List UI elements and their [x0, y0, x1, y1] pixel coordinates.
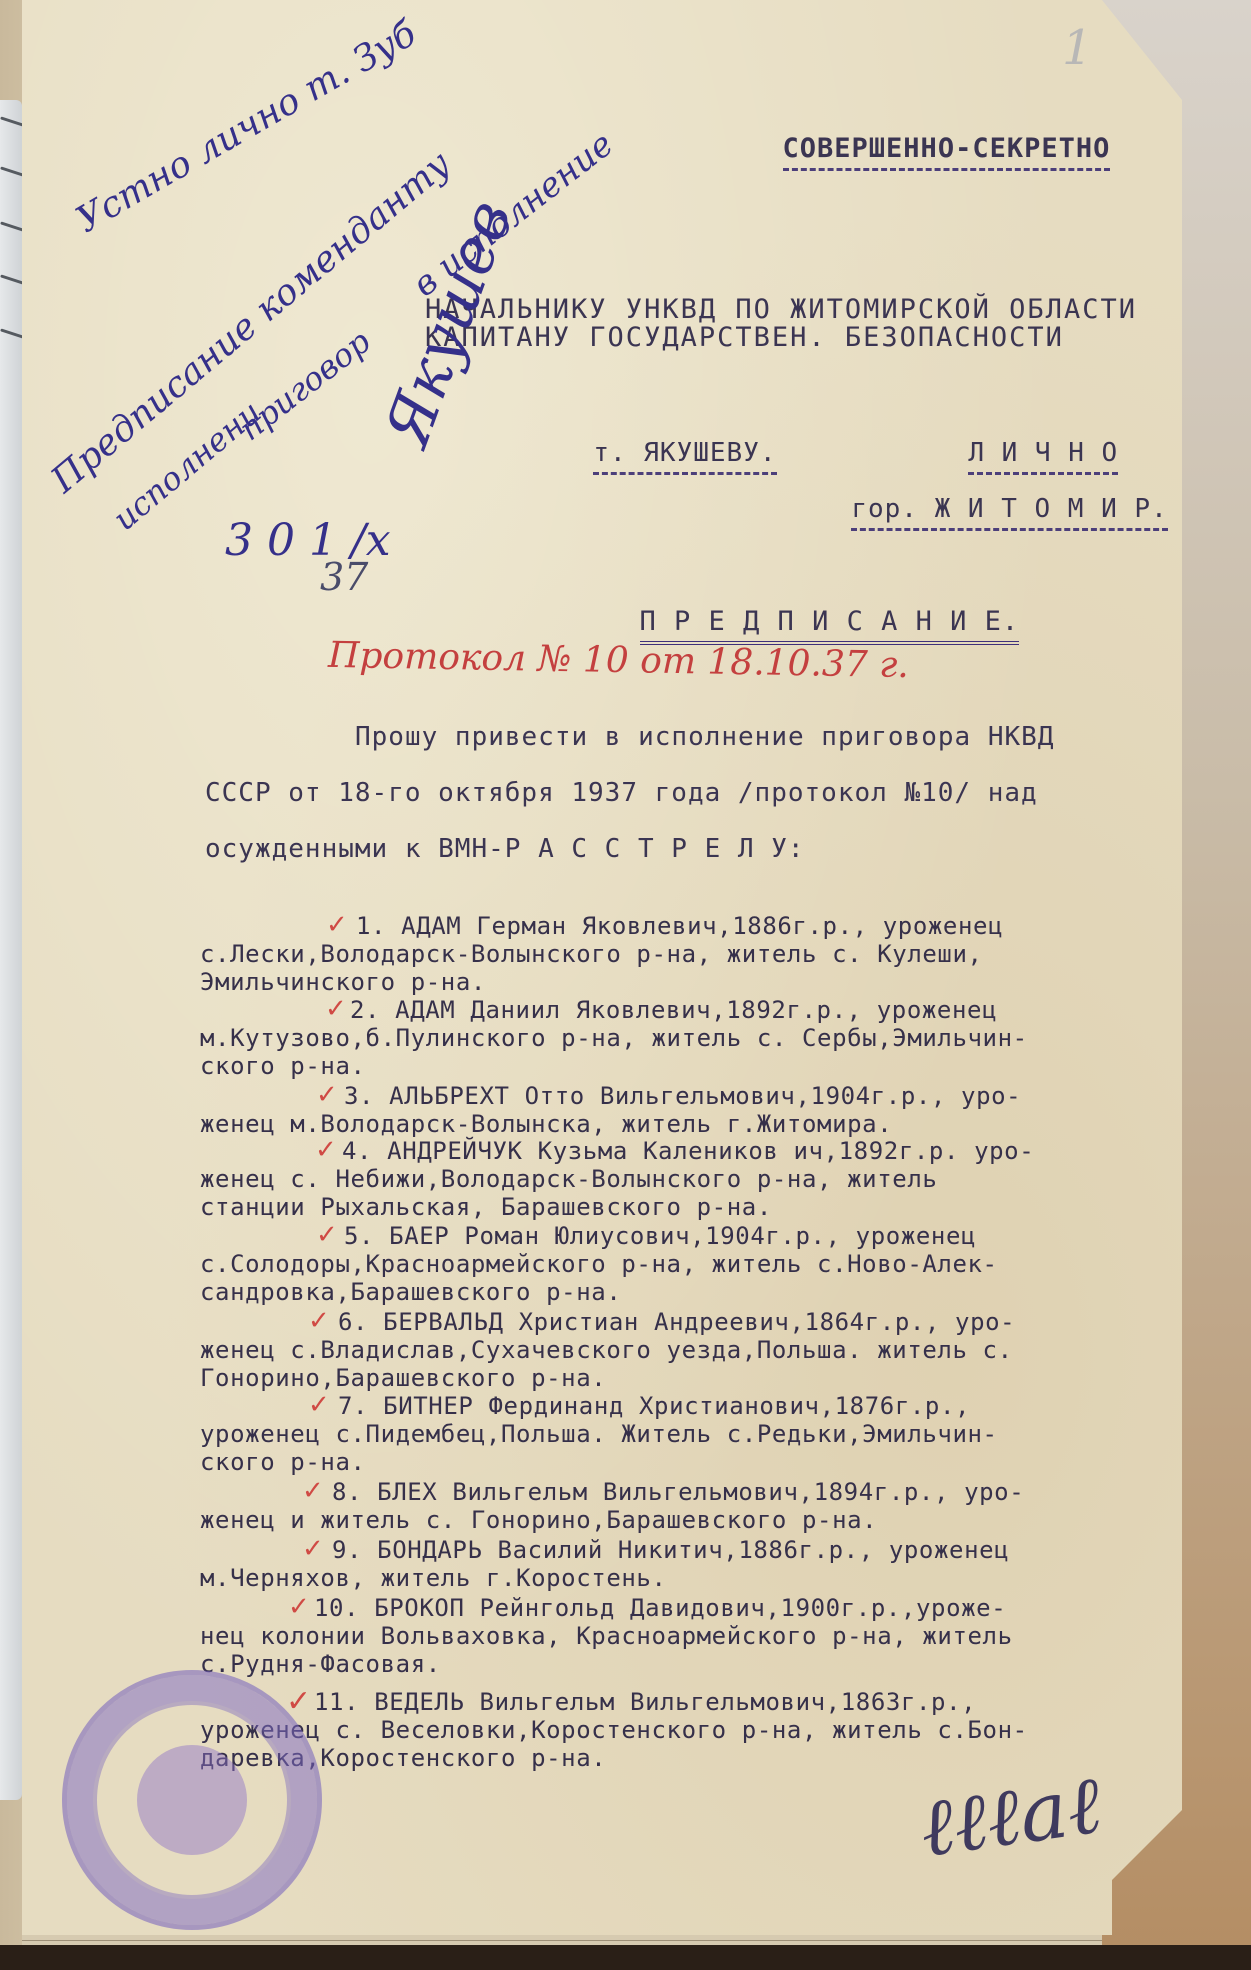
city-text: гор. Ж И Т О М И Р. [851, 494, 1167, 531]
body-line-2: СССР от 18-го октября 1937 года /протоко… [205, 778, 1038, 808]
entry-9-line-2: м.Черняхов, житель г.Коростень. [200, 1564, 667, 1592]
entry-1-line-1: 1. АДАМ Герман Яковлевич,1886г.р., уроже… [356, 912, 1003, 940]
binder-ring [0, 166, 24, 176]
entry-4-line-1: 4. АНДРЕЙЧУК Кузьма Калеников ич,1892г.р… [342, 1137, 1034, 1165]
document-title: П Р Е Д П И С А Н И Е. [605, 575, 1019, 637]
classification-label: СОВЕРШЕННО-СЕКРЕТНО [748, 102, 1110, 164]
entry-2-line-1: 2. АДАМ Даниил Яковлевич,1892г.р., уроже… [350, 996, 997, 1024]
checkmark-icon: ✓ [316, 1080, 338, 1110]
entry-5-line-3: сандровка,Барашевского р-на. [200, 1278, 621, 1306]
entry-2-line-2: м.Кутузово,б.Пулинского р-на, житель с. … [200, 1024, 1028, 1052]
entry-4-line-3: станции Рыхальская, Барашевского р-на. [200, 1193, 772, 1221]
document-title-text: П Р Е Д П И С А Н И Е. [640, 606, 1020, 645]
entry-11-line-2: уроженец с. Веселовки,Коростенского р-на… [200, 1716, 1028, 1744]
body-line-3: осужденными к ВМН-Р А С С Т Р Е Л У: [205, 834, 805, 864]
entry-3-line-1: 3. АЛЬБРЕХТ Отто Вильгельмович,1904г.р.,… [344, 1082, 1021, 1110]
checkmark-icon: ✓ [302, 1476, 324, 1506]
body-line-1: Прошу привести в исполнение приговора НК… [355, 722, 1054, 752]
entry-8-line-2: женец и житель с. Гонорино,Барашевского … [200, 1506, 877, 1534]
checkmark-icon: ✓ [326, 910, 348, 940]
city: гор. Ж И Т О М И Р. [818, 464, 1168, 524]
desk-shadow [0, 1945, 1251, 1970]
entry-10-line-3: с.Рудня-Фасовая. [200, 1650, 441, 1678]
checkmark-icon: ✓ [316, 1220, 338, 1250]
entry-7-line-1: 7. БИТНЕР Фердинанд Христианович,1876г.р… [338, 1392, 970, 1420]
checkmark-icon: ✓ [325, 994, 347, 1024]
addressee-line-2: КАПИТАНУ ГОСУДАРСТВЕН. БЕЗОПАСНОСТИ [425, 322, 1064, 353]
reference-year: 37 [320, 555, 368, 599]
stamp-emblem-icon [137, 1745, 247, 1855]
classification-text: СОВЕРШЕННО-СЕКРЕТНО [783, 133, 1111, 171]
entry-11-line-1: 11. ВЕДЕЛЬ Вильгельм Вильгельмович,1863г… [314, 1688, 976, 1716]
addressee-line-1: НАЧАЛЬНИКУ УНКВД ПО ЖИТОМИРСКОЙ ОБЛАСТИ [425, 294, 1137, 325]
entry-1-line-2: с.Лески,Володарск-Волынского р-на, жител… [200, 940, 983, 968]
addressee-name-text: т. ЯКУШЕВУ. [593, 438, 776, 475]
entry-3-line-2: женец м.Володарск-Волынска, житель г.Жит… [200, 1110, 892, 1138]
checkmark-icon: ✓ [288, 1592, 310, 1622]
entry-6-line-3: Гонорино,Барашевского р-на. [200, 1364, 606, 1392]
checkmark-icon: ✓ [302, 1534, 324, 1564]
checkmark-icon: ✓ [315, 1135, 337, 1165]
binder-ring [0, 274, 24, 284]
entry-8-line-1: 8. БЛЕХ Вильгельм Вильгельмович,1894г.р.… [332, 1478, 1024, 1506]
entry-6-line-2: женец с.Владислав,Сухачевского уезда,Пол… [200, 1336, 1013, 1364]
binder-ring [0, 116, 24, 126]
official-stamp [62, 1670, 322, 1930]
entry-2-line-3: ского р-на. [200, 1052, 366, 1080]
checkmark-icon: ✓ [308, 1390, 330, 1420]
binder-ring [0, 328, 24, 338]
entry-10-line-1: 10. БРОКОП Рейнгольд Давидович,1900г.р.,… [314, 1594, 1006, 1622]
page-number: 1 [1062, 20, 1093, 76]
entry-7-line-3: ского р-на. [200, 1448, 366, 1476]
personal-mark: Л И Ч Н О [935, 408, 1118, 468]
checkmark-icon: ✓ [308, 1306, 330, 1336]
entry-4-line-2: женец с. Небижи,Володарск-Волынского р-н… [200, 1165, 937, 1193]
binder-strip [0, 100, 22, 1800]
entry-5-line-2: с.Солодоры,Красноармейского р-на, житель… [200, 1250, 998, 1278]
entry-7-line-2: уроженец с.Пидембец,Польша. Житель с.Ред… [200, 1420, 998, 1448]
entry-9-line-1: 9. БОНДАРЬ Василий Никитич,1886г.р., уро… [332, 1536, 1009, 1564]
entry-5-line-1: 5. БАЕР Роман Юлиусович,1904г.р., урожен… [344, 1222, 976, 1250]
entry-10-line-2: нец колонии Вольваховка, Красноармейског… [200, 1622, 1013, 1650]
entry-1-line-3: Эмильчинского р-на. [200, 968, 486, 996]
addressee-name: т. ЯКУШЕВУ. [560, 408, 777, 468]
binder-ring [0, 221, 24, 231]
entry-6-line-1: 6. БЕРВАЛЬД Христиан Андреевич,1864г.р.,… [338, 1308, 1015, 1336]
